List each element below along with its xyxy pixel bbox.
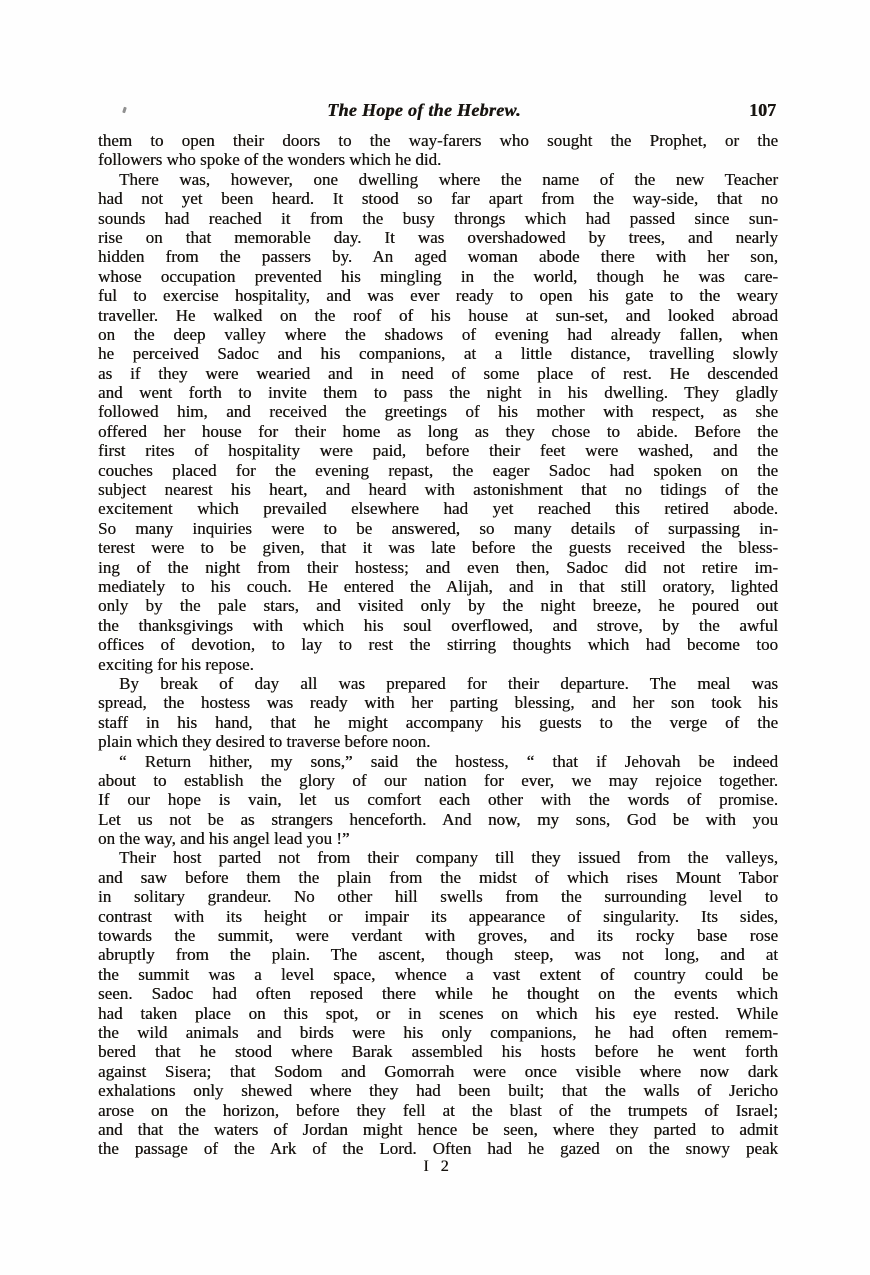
text-line: offices of devotion, to lay to rest the … (98, 635, 778, 654)
text-line: If our hope is vain, let us comfort each… (98, 790, 778, 809)
text-line: he perceived Sadoc and his companions, a… (98, 344, 778, 363)
text-line: couches placed for the evening repast, t… (98, 461, 778, 480)
text-line: only by the pale stars, and visited only… (98, 596, 778, 615)
text-line: seen. Sadoc had often reposed there whil… (98, 984, 778, 1003)
text-line: against Sisera; that Sodom and Gomorrah … (98, 1062, 778, 1081)
text-line: the thanksgivings with which his soul ov… (98, 616, 778, 635)
book-page: The Hope of the Hebrew. 107 them to open… (0, 0, 870, 1275)
text-line: traveller. He walked on the roof of his … (98, 306, 778, 325)
text-line: mediately to his couch. He entered the A… (98, 577, 778, 596)
text-line: rise on that memorable day. It was overs… (98, 228, 778, 247)
text-line: Their host parted not from their company… (98, 848, 778, 867)
page-number: 107 (749, 100, 776, 121)
text-line: the summit was a level space, whence a v… (98, 965, 778, 984)
text-line: contrast with its height or impair its a… (98, 907, 778, 926)
text-line: as if they were wearied and in need of s… (98, 364, 778, 383)
text-line: had not yet been heard. It stood so far … (98, 189, 778, 208)
text-line: abruptly from the plain. The ascent, tho… (98, 945, 778, 964)
text-line: bered that he stood where Barak assemble… (98, 1042, 778, 1061)
text-line: and saw before them the plain from the m… (98, 868, 778, 887)
text-line: exciting for his repose. (98, 655, 778, 674)
text-line: “ Return hither, my sons,” said the host… (98, 752, 778, 771)
text-line: towards the summit, were verdant with gr… (98, 926, 778, 945)
text-line: hidden from the passers by. An aged woma… (98, 247, 778, 266)
text-line: the wild animals and birds were his only… (98, 1023, 778, 1042)
text-line: and went forth to invite them to pass th… (98, 383, 778, 402)
text-line: excitement which prevailed elsewhere had… (98, 499, 778, 518)
text-line: staff in his hand, that he might accompa… (98, 713, 778, 732)
text-line: about to establish the glory of our nati… (98, 771, 778, 790)
text-line: on the way, and his angel lead you !” (98, 829, 778, 848)
text-line: first rites of hospitality were paid, be… (98, 441, 778, 460)
text-line: ful to exercise hospitality, and was eve… (98, 286, 778, 305)
text-line: offered her house for their home as long… (98, 422, 778, 441)
text-line: and that the waters of Jordan might henc… (98, 1120, 778, 1139)
text-line: There was, however, one dwelling where t… (98, 170, 778, 189)
text-line: exhalations only shewed where they had b… (98, 1081, 778, 1100)
running-title: The Hope of the Hebrew. (84, 100, 764, 121)
text-line: on the deep valley where the shadows of … (98, 325, 778, 344)
text-line: Let us not be as strangers henceforth. A… (98, 810, 778, 829)
text-line: followed him, and received the greetings… (98, 402, 778, 421)
text-line: By break of day all was prepared for the… (98, 674, 778, 693)
text-line: plain which they desired to traverse bef… (98, 732, 778, 751)
text-line: whose occupation prevented his mingling … (98, 267, 778, 286)
text-line: had taken place on this spot, or in scen… (98, 1004, 778, 1023)
text-line: So many inquiries were to be answered, s… (98, 519, 778, 538)
text-line: terest were to be given, that it was lat… (98, 538, 778, 557)
text-line: them to open their doors to the way-fare… (98, 131, 778, 150)
body-text: them to open their doors to the way-fare… (98, 131, 778, 1159)
text-line: subject nearest his heart, and heard wit… (98, 480, 778, 499)
text-line: spread, the hostess was ready with her p… (98, 693, 778, 712)
text-line: in solitary grandeur. No other hill swel… (98, 887, 778, 906)
signature-mark: I 2 (98, 1158, 778, 1176)
running-head: The Hope of the Hebrew. 107 (98, 100, 778, 124)
text-line: followers who spoke of the wonders which… (98, 150, 778, 169)
text-line: sounds had reached it from the busy thro… (98, 209, 778, 228)
text-line: the passage of the Ark of the Lord. Ofte… (98, 1139, 778, 1158)
text-line: ing of the night from their hostess; and… (98, 558, 778, 577)
text-line: arose on the horizon, before they fell a… (98, 1101, 778, 1120)
